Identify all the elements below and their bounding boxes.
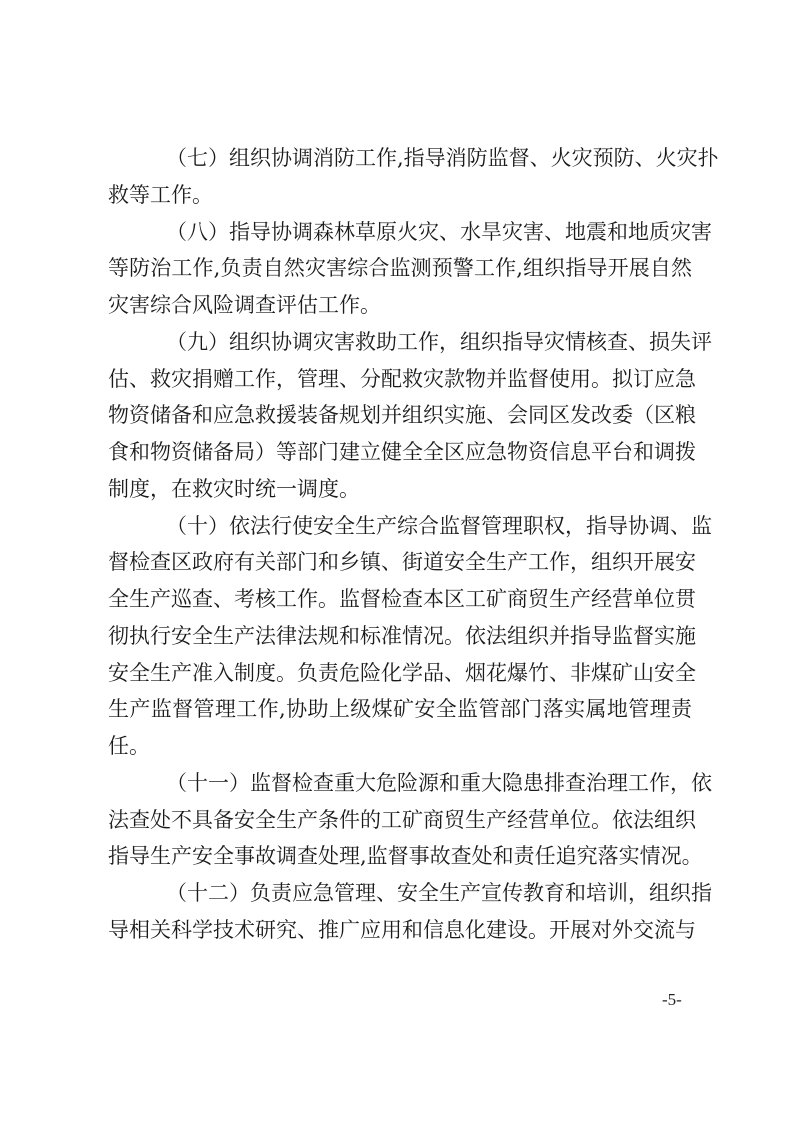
paragraph-item-11: （十一）监督检查重大危险源和重大隐患排查治理工作，依 法查处不具备安全生产条件的… <box>108 765 692 875</box>
paragraph-item-12: （十二）负责应急管理、安全生产宣传教育和培训，组织指 导相关科学技术研究、推广应… <box>108 875 692 949</box>
paragraph-item-10: （十）依法行使安全生产综合监督管理职权，指导协调、监 督检查区政府有关部门和乡镇… <box>108 508 692 765</box>
paragraph-line: 救等工作。 <box>108 177 692 214</box>
paragraph-line: 生产监督管理工作,协助上级煤矿安全监管部门落实属地管理责 <box>108 691 692 728</box>
paragraph-line: （九）组织协调灾害救助工作，组织指导灾情核查、损失评 <box>108 324 692 361</box>
paragraph-line: 安全生产准入制度。负责危险化学品、烟花爆竹、非煤矿山安全 <box>108 655 692 692</box>
paragraph-line: 物资储备和应急救援装备规划并组织实施、会同区发改委（区粮 <box>108 397 692 434</box>
paragraph-item-8: （八）指导协调森林草原火灾、水旱灾害、地震和地质灾害 等防治工作,负责自然灾害综… <box>108 214 692 324</box>
paragraph-line: 全生产巡查、考核工作。监督检查本区工矿商贸生产经营单位贯 <box>108 581 692 618</box>
paragraph-line: （十一）监督检查重大危险源和重大隐患排查治理工作，依 <box>108 765 692 802</box>
paragraph-line: 彻执行安全生产法律法规和标准情况。依法组织并指导监督实施 <box>108 618 692 655</box>
paragraph-line: 导相关科学技术研究、推广应用和信息化建设。开展对外交流与 <box>108 912 692 949</box>
paragraph-line: （七）组织协调消防工作,指导消防监督、火灾预防、火灾扑 <box>108 140 692 177</box>
paragraph-line: 食和物资储备局）等部门建立健全全区应急物资信息平台和调拨 <box>108 434 692 471</box>
paragraph-item-7: （七）组织协调消防工作,指导消防监督、火灾预防、火灾扑 救等工作。 <box>108 140 692 214</box>
paragraph-line: 指导生产安全事故调查处理,监督事故查处和责任追究落实情况。 <box>108 838 692 875</box>
paragraph-item-9: （九）组织协调灾害救助工作，组织指导灾情核查、损失评 估、救灾捐赠工作，管理、分… <box>108 324 692 508</box>
page-number: -5- <box>662 990 682 1010</box>
paragraph-line: 法查处不具备安全生产条件的工矿商贸生产经营单位。依法组织 <box>108 802 692 839</box>
paragraph-line: （十）依法行使安全生产综合监督管理职权，指导协调、监 <box>108 508 692 545</box>
paragraph-line: 等防治工作,负责自然灾害综合监测预警工作,组织指导开展自然 <box>108 250 692 287</box>
paragraph-line: 制度，在救灾时统一调度。 <box>108 471 692 508</box>
document-body: （七）组织协调消防工作,指导消防监督、火灾预防、火灾扑 救等工作。 （八）指导协… <box>108 140 692 949</box>
paragraph-line: 灾害综合风险调查评估工作。 <box>108 287 692 324</box>
paragraph-line: 估、救灾捐赠工作，管理、分配救灾款物并监督使用。拟订应急 <box>108 361 692 398</box>
paragraph-line: 督检查区政府有关部门和乡镇、街道安全生产工作，组织开展安 <box>108 544 692 581</box>
document-page: （七）组织协调消防工作,指导消防监督、火灾预防、火灾扑 救等工作。 （八）指导协… <box>0 0 793 1122</box>
paragraph-line: 任。 <box>108 728 692 765</box>
paragraph-line: （十二）负责应急管理、安全生产宣传教育和培训，组织指 <box>108 875 692 912</box>
paragraph-line: （八）指导协调森林草原火灾、水旱灾害、地震和地质灾害 <box>108 214 692 251</box>
